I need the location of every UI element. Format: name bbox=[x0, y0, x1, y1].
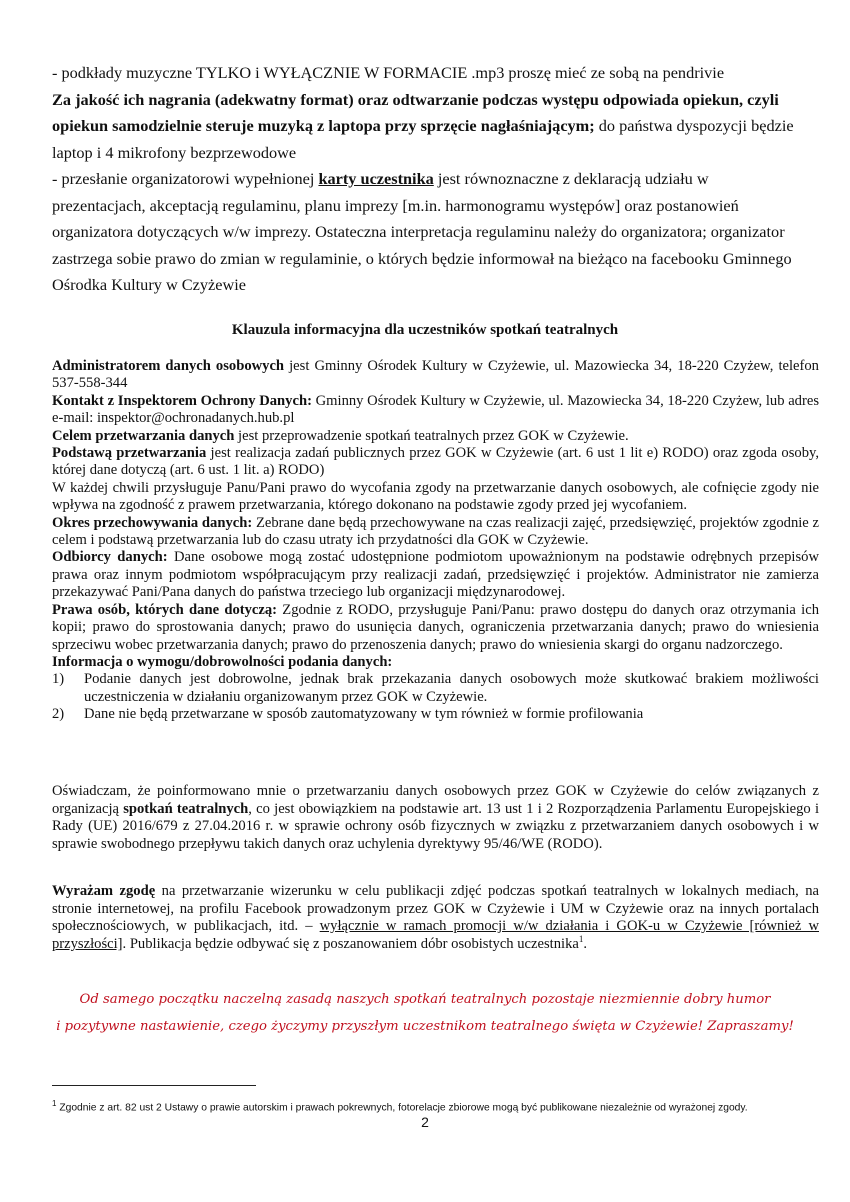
list-text: Dane nie będą przetwarzane w sposób zaut… bbox=[84, 706, 643, 722]
purpose-label: Celem przetwarzania danych bbox=[52, 428, 234, 444]
document-page: - podkłady muzyczne TYLKO i WYŁĄCZNIE W … bbox=[0, 0, 850, 1202]
rules-section: - podkłady muzyczne TYLKO i WYŁĄCZNIE W … bbox=[52, 60, 804, 299]
consent-paragraph: Wyrażam zgodę na przetwarzanie wizerunku… bbox=[52, 883, 819, 953]
music-responsibility-rule: Za jakość ich nagrania (adekwatny format… bbox=[52, 87, 804, 167]
card-rule-intro: - przesłanie organizatorowi wypełnionej bbox=[52, 169, 318, 188]
participant-card-link[interactable]: karty uczestnika bbox=[318, 169, 433, 188]
motto-line-1: Od samego początku naczelną zasadą naszy… bbox=[0, 986, 850, 1013]
participant-card-rule: - przesłanie organizatorowi wypełnionej … bbox=[52, 166, 804, 299]
purpose-text: jest przeprowadzenie spotkań teatralnych… bbox=[234, 428, 628, 444]
consent-period: . bbox=[583, 936, 587, 952]
rights-paragraph: Prawa osób, których dane dotyczą: Zgodni… bbox=[52, 602, 819, 654]
gdpr-clause: Administratorem danych osobowych jest Gm… bbox=[52, 358, 819, 724]
motto-line-2: i pozytywne nastawienie, czego życzymy p… bbox=[0, 1013, 850, 1040]
consent-bold: Wyrażam zgodę bbox=[52, 883, 155, 899]
list-number: 2) bbox=[52, 706, 64, 723]
clause-heading: Klauzula informacyjna dla uczestników sp… bbox=[0, 322, 850, 339]
administrator-paragraph: Administratorem danych osobowych jest Gm… bbox=[52, 358, 819, 393]
list-item: 2)Dane nie będą przetwarzane w sposób za… bbox=[52, 706, 819, 723]
consent-text-end: . Publikacja będzie odbywać się z poszan… bbox=[123, 936, 579, 952]
info-label: Informacja o wymogu/dobrowolności podani… bbox=[52, 654, 392, 670]
storage-paragraph: Okres przechowywania danych: Zebrane dan… bbox=[52, 515, 819, 550]
recipients-label: Odbiorcy danych: bbox=[52, 549, 168, 565]
storage-label: Okres przechowywania danych: bbox=[52, 515, 252, 531]
administrator-label: Administratorem danych osobowych bbox=[52, 358, 284, 374]
basis-label: Podstawą przetwarzania bbox=[52, 445, 206, 461]
list-item: 1)Podanie danych jest dobrowolne, jednak… bbox=[52, 671, 819, 706]
page-number: 2 bbox=[0, 1114, 850, 1130]
contact-paragraph: Kontakt z Inspektorem Ochrony Danych: Gm… bbox=[52, 393, 819, 428]
withdraw-paragraph: W każdej chwili przysługuje Panu/Pani pr… bbox=[52, 480, 819, 515]
recipients-text: Dane osobowe mogą zostać udostępnione po… bbox=[52, 549, 819, 600]
contact-label: Kontakt z Inspektorem Ochrony Danych: bbox=[52, 393, 312, 409]
consent-section: Wyrażam zgodę na przetwarzanie wizerunku… bbox=[52, 883, 819, 953]
recipients-paragraph: Odbiorcy danych: Dane osobowe mogą zosta… bbox=[52, 549, 819, 601]
statement-paragraph: Oświadczam, że poinformowano mnie o prze… bbox=[52, 783, 819, 853]
statement-section: Oświadczam, że poinformowano mnie o prze… bbox=[52, 783, 819, 853]
list-number: 1) bbox=[52, 671, 64, 688]
statement-bold: spotkań teatralnych bbox=[123, 801, 248, 817]
info-list: 1)Podanie danych jest dobrowolne, jednak… bbox=[52, 671, 819, 723]
rights-label: Prawa osób, których dane dotyczą: bbox=[52, 602, 277, 618]
list-text: Podanie danych jest dobrowolne, jednak b… bbox=[84, 671, 819, 704]
purpose-paragraph: Celem przetwarzania danych jest przeprow… bbox=[52, 428, 819, 445]
footnote-text: Zgodnie z art. 82 ust 2 Ustawy o prawie … bbox=[56, 1102, 747, 1113]
footnote: 1 Zgodnie z art. 82 ust 2 Ustawy o prawi… bbox=[52, 1099, 812, 1113]
info-label-paragraph: Informacja o wymogu/dobrowolności podani… bbox=[52, 654, 819, 671]
footnote-separator bbox=[52, 1085, 256, 1086]
music-format-rule: - podkłady muzyczne TYLKO i WYŁĄCZNIE W … bbox=[52, 60, 804, 87]
basis-paragraph: Podstawą przetwarzania jest realizacja z… bbox=[52, 445, 819, 480]
